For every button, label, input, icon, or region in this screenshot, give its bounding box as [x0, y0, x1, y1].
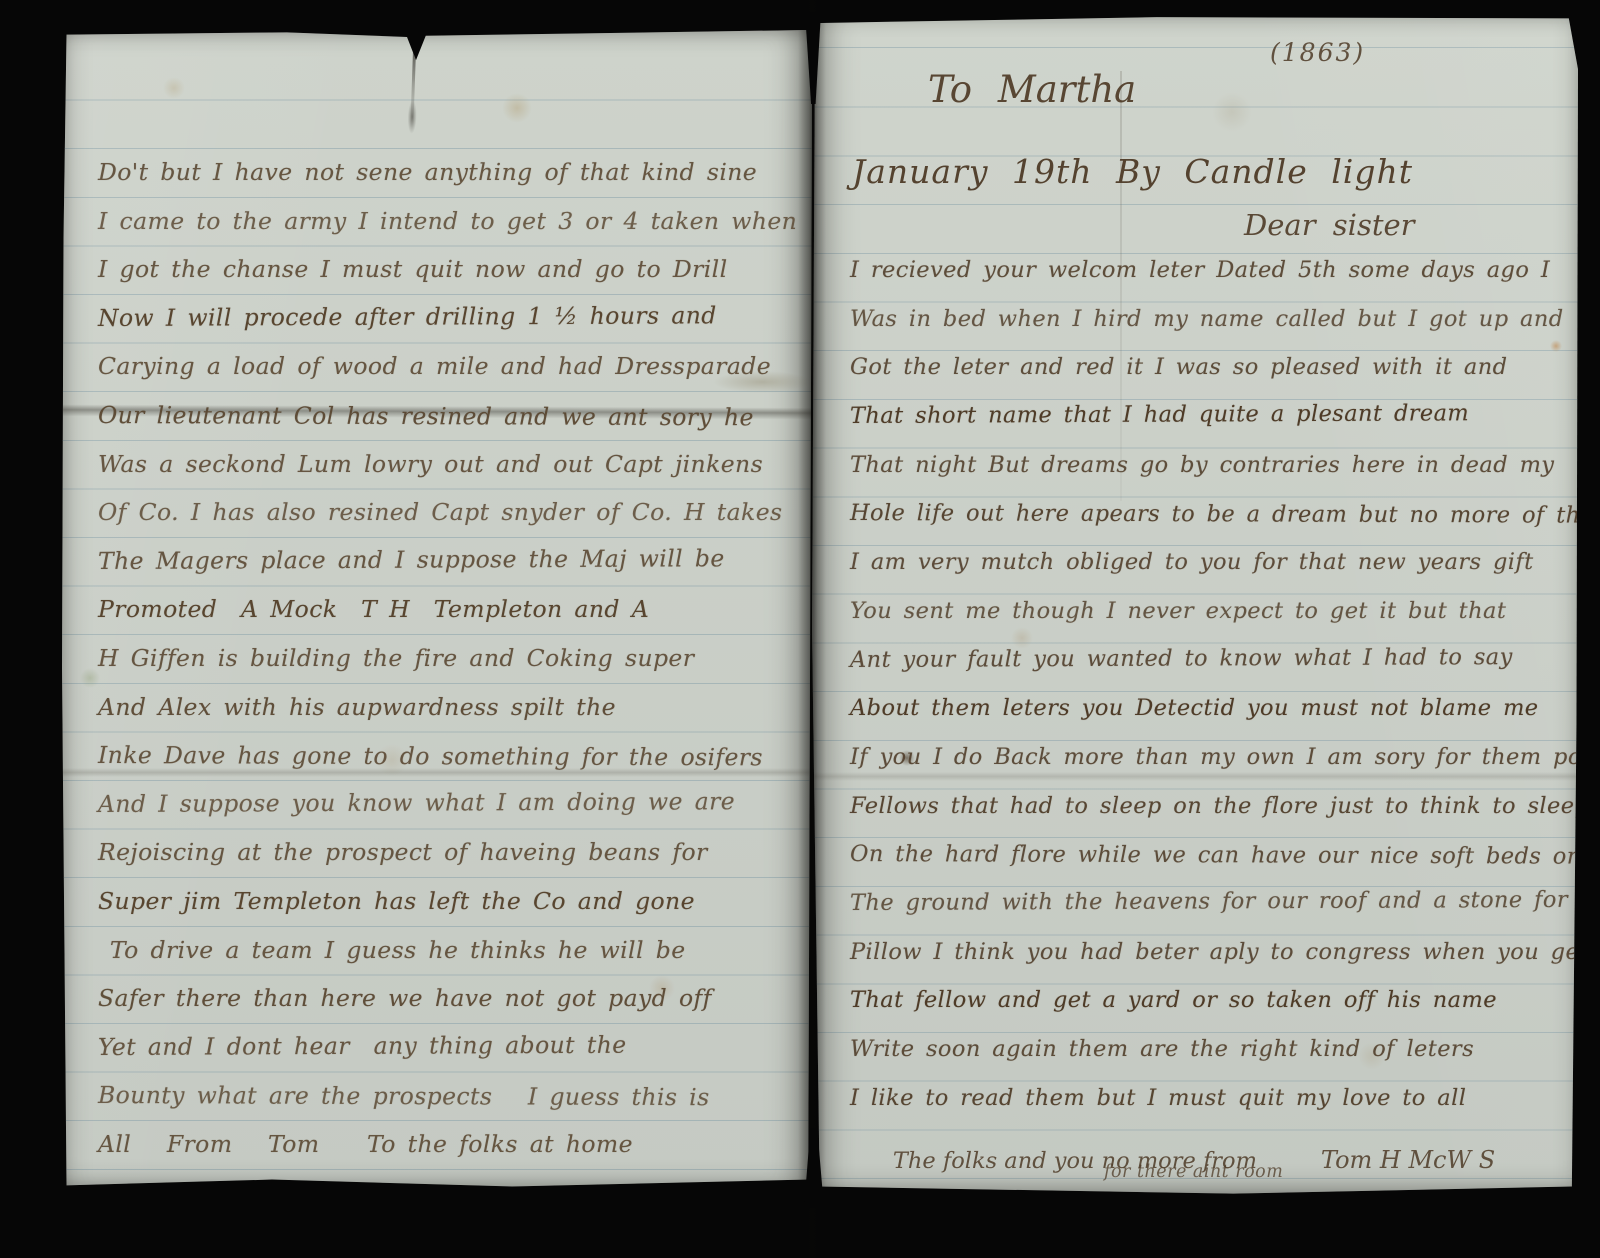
handwritten-line: Carying a load of wood a mile and had Dr… [98, 342, 798, 391]
handwritten-line: H Giffen is building the fire and Coking… [98, 634, 798, 683]
handwritten-line: Do't but I have not sene anything of tha… [98, 148, 798, 197]
handwritten-line: Pillow I think you had beter aply to con… [850, 928, 1562, 977]
handwritten-line: I got the chanse I must quit now and go … [98, 245, 798, 294]
handwritten-line: Hole life out here apears to be a dream … [850, 489, 1562, 540]
letter-recipient-heading: To Martha [928, 68, 1136, 111]
handwritten-line: Fellows that had to sleep on the flore j… [850, 782, 1562, 831]
handwritten-line: The ground with the heavens for our roof… [850, 876, 1562, 928]
handwritten-line: Promoted A Mock T H Templeton and A [98, 585, 798, 634]
handwritten-line: That short name that I had quite a plesa… [850, 389, 1562, 441]
letter-salutation: Dear sister [1244, 208, 1415, 242]
handwritten-line: All From Tom To the folks at home [98, 1120, 798, 1169]
letter-right-page: (1863) To Martha January 19th By Candle … [812, 16, 1578, 1196]
left-page-text: Do't but I have not sene anything of tha… [98, 148, 798, 1168]
letter-dateline: January 19th By Candle light [852, 152, 1413, 191]
handwritten-line: To drive a team I guess he thinks he wil… [98, 926, 798, 975]
handwritten-line: Safer there than here we have not got pa… [98, 974, 798, 1023]
letter-left-page: Do't but I have not sene anything of tha… [62, 30, 812, 1190]
handwritten-line: That fellow and get a yard or so taken o… [850, 976, 1562, 1025]
handwritten-line: About them leters you Detectid you must … [850, 684, 1562, 733]
handwritten-line: Ant your fault you wanted to know what I… [850, 632, 1562, 684]
handwritten-line: I came to the army I intend to get 3 or … [98, 197, 798, 246]
paper-tear [410, 30, 416, 128]
handwritten-line: Was in bed when I hird my name called bu… [850, 295, 1562, 344]
handwritten-line: If you I do Back more than my own I am s… [850, 733, 1562, 782]
handwritten-line: On the hard flore while we can have our … [850, 830, 1562, 881]
handwritten-line: Bounty what are the prospects I guess th… [98, 1071, 798, 1122]
signature: Tom H McW S [1321, 1146, 1495, 1174]
handwritten-line: Got the leter and red it I was so please… [850, 343, 1562, 392]
handwritten-line: Our lieutenant Col has resined and we an… [98, 391, 798, 442]
letter-closing-line: The folks and you no more fromTom H McW … [850, 1120, 1495, 1200]
handwritten-line: And Alex with his aupwardness spilt the [98, 683, 798, 732]
handwritten-line: You sent me though I never expect to get… [850, 587, 1562, 636]
handwritten-line: Now I will procede after drilling 1 ½ ho… [98, 291, 798, 343]
handwritten-line: I am very mutch obliged to you for that … [850, 538, 1562, 587]
handwritten-line: Yet and I dont hear any thing about the [98, 1020, 798, 1072]
year-annotation: (1863) [1270, 38, 1365, 67]
letter-postscript: for there aint room [1104, 1162, 1283, 1182]
handwritten-line: The Magers place and I suppose the Maj w… [98, 534, 798, 586]
handwritten-line: I like to read them but I must quit my l… [850, 1074, 1562, 1123]
handwritten-line: Inke Dave has gone to do something for t… [98, 731, 798, 782]
handwritten-line: Was a seckond Lum lowry out and out Capt… [98, 440, 798, 489]
handwritten-line: Super jim Templeton has left the Co and … [98, 877, 798, 926]
right-page-text: I recieved your welcom leter Dated 5th s… [850, 246, 1562, 1122]
handwritten-line: Write soon again them are the right kind… [850, 1025, 1562, 1074]
letter-photograph: Do't but I have not sene anything of tha… [0, 0, 1600, 1258]
handwritten-line: Rejoiscing at the prospect of haveing be… [98, 828, 798, 877]
handwritten-line: And I suppose you know what I am doing w… [98, 777, 798, 829]
handwritten-line: That night But dreams go by contraries h… [850, 441, 1562, 490]
handwritten-line: Of Co. I has also resined Capt snyder of… [98, 488, 798, 537]
handwritten-line: I recieved your welcom leter Dated 5th s… [850, 246, 1562, 295]
